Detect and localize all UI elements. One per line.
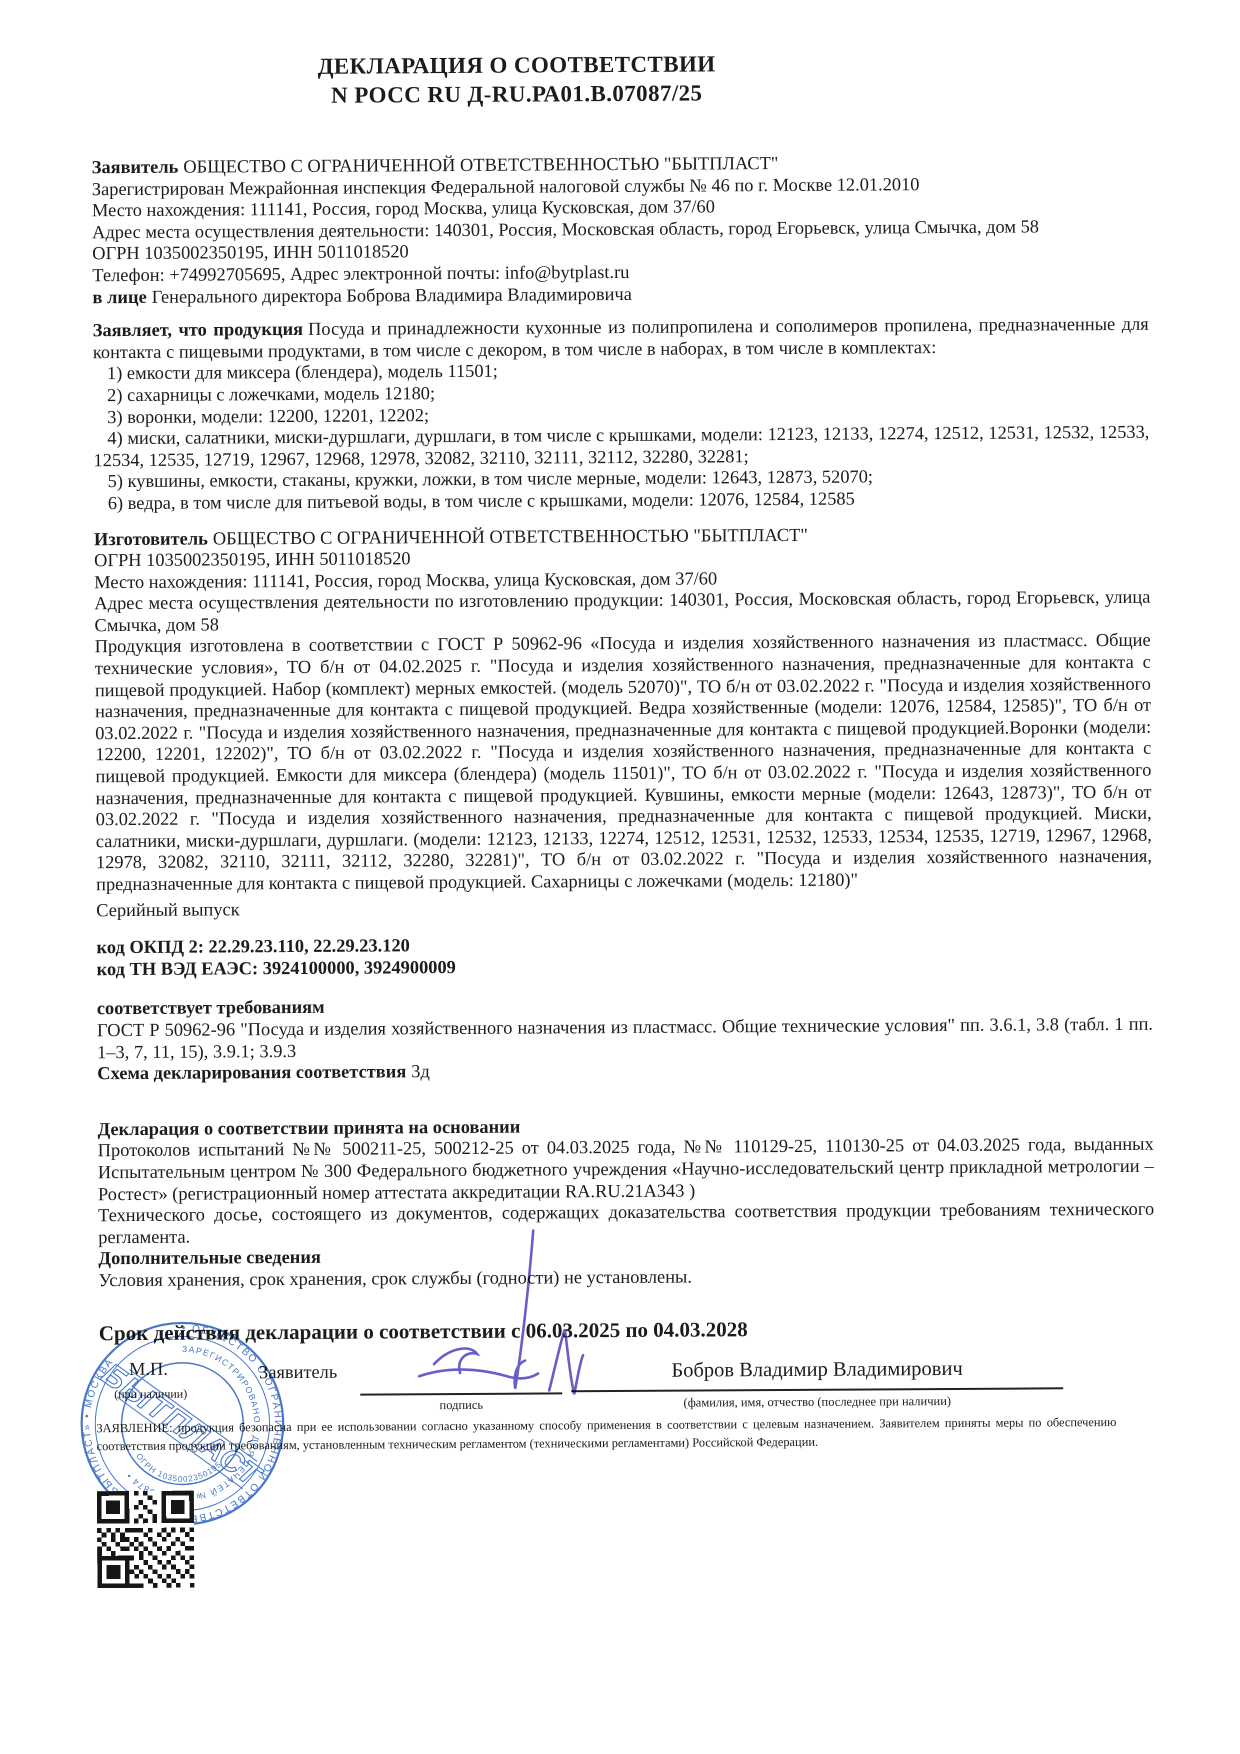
product-item: 4) миски, салатники, миски-дуршлаги, дур… [93, 422, 1149, 472]
manufacturer-label: Изготовитель [94, 528, 208, 549]
scanned-sheet: ДЕКЛАРАЦИЯ О СООТВЕТСТВИИ N РОСС RU Д-RU… [0, 0, 1240, 1754]
product-declaration: Заявляет, что продукцияПосуда и принадле… [93, 314, 1149, 364]
manufacturer-name: ОБЩЕСТВО С ОГРАНИЧЕННОЙ ОТВЕТСТВЕННОСТЬЮ… [213, 524, 808, 548]
manufacturer-standards: Продукция изготовлена в соответствии с Г… [95, 630, 1153, 896]
product-list: 1) емкости для миксера (блендера), модел… [93, 357, 1150, 515]
document-body: ДЕКЛАРАЦИЯ О СООТВЕТСТВИИ N РОСС RU Д-RU… [91, 47, 1155, 1292]
person-label: в лице [92, 286, 146, 306]
title-line2: N РОСС RU Д-RU.РА01.В.07087/25 [91, 77, 942, 111]
declaration-label: Заявляет, что продукция [93, 319, 304, 340]
applicant-label: Заявитель [92, 157, 179, 178]
test-protocols: Протоколов испытаний №№ 500211-25, 50021… [98, 1134, 1154, 1205]
scheme-value: 3д [411, 1061, 430, 1081]
handwritten-signature [363, 1222, 684, 1414]
document-title: ДЕКЛАРАЦИЯ О СООТВЕТСТВИИ N РОСС RU Д-RU… [91, 47, 1147, 111]
scheme-label: Схема декларирования соответствия [97, 1061, 406, 1083]
applicant-name: ОБЩЕСТВО С ОГРАНИЧЕННОЙ ОТВЕТСТВЕННОСТЬЮ… [183, 153, 778, 177]
qr-code-icon [97, 1491, 195, 1589]
document-page: ДЕКЛАРАЦИЯ О СООТВЕТСТВИИ N РОСС RU Д-RU… [0, 0, 1240, 1754]
serial-release: Серийный выпуск [96, 893, 1152, 921]
person-name: Генерального директора Боброва Владимира… [152, 283, 632, 306]
manufacturer-production-address: Адрес места осуществления деятельности п… [94, 587, 1150, 637]
gost-requirements: ГОСТ Р 50962-96 "Посуда и изделия хозяйс… [97, 1014, 1153, 1064]
